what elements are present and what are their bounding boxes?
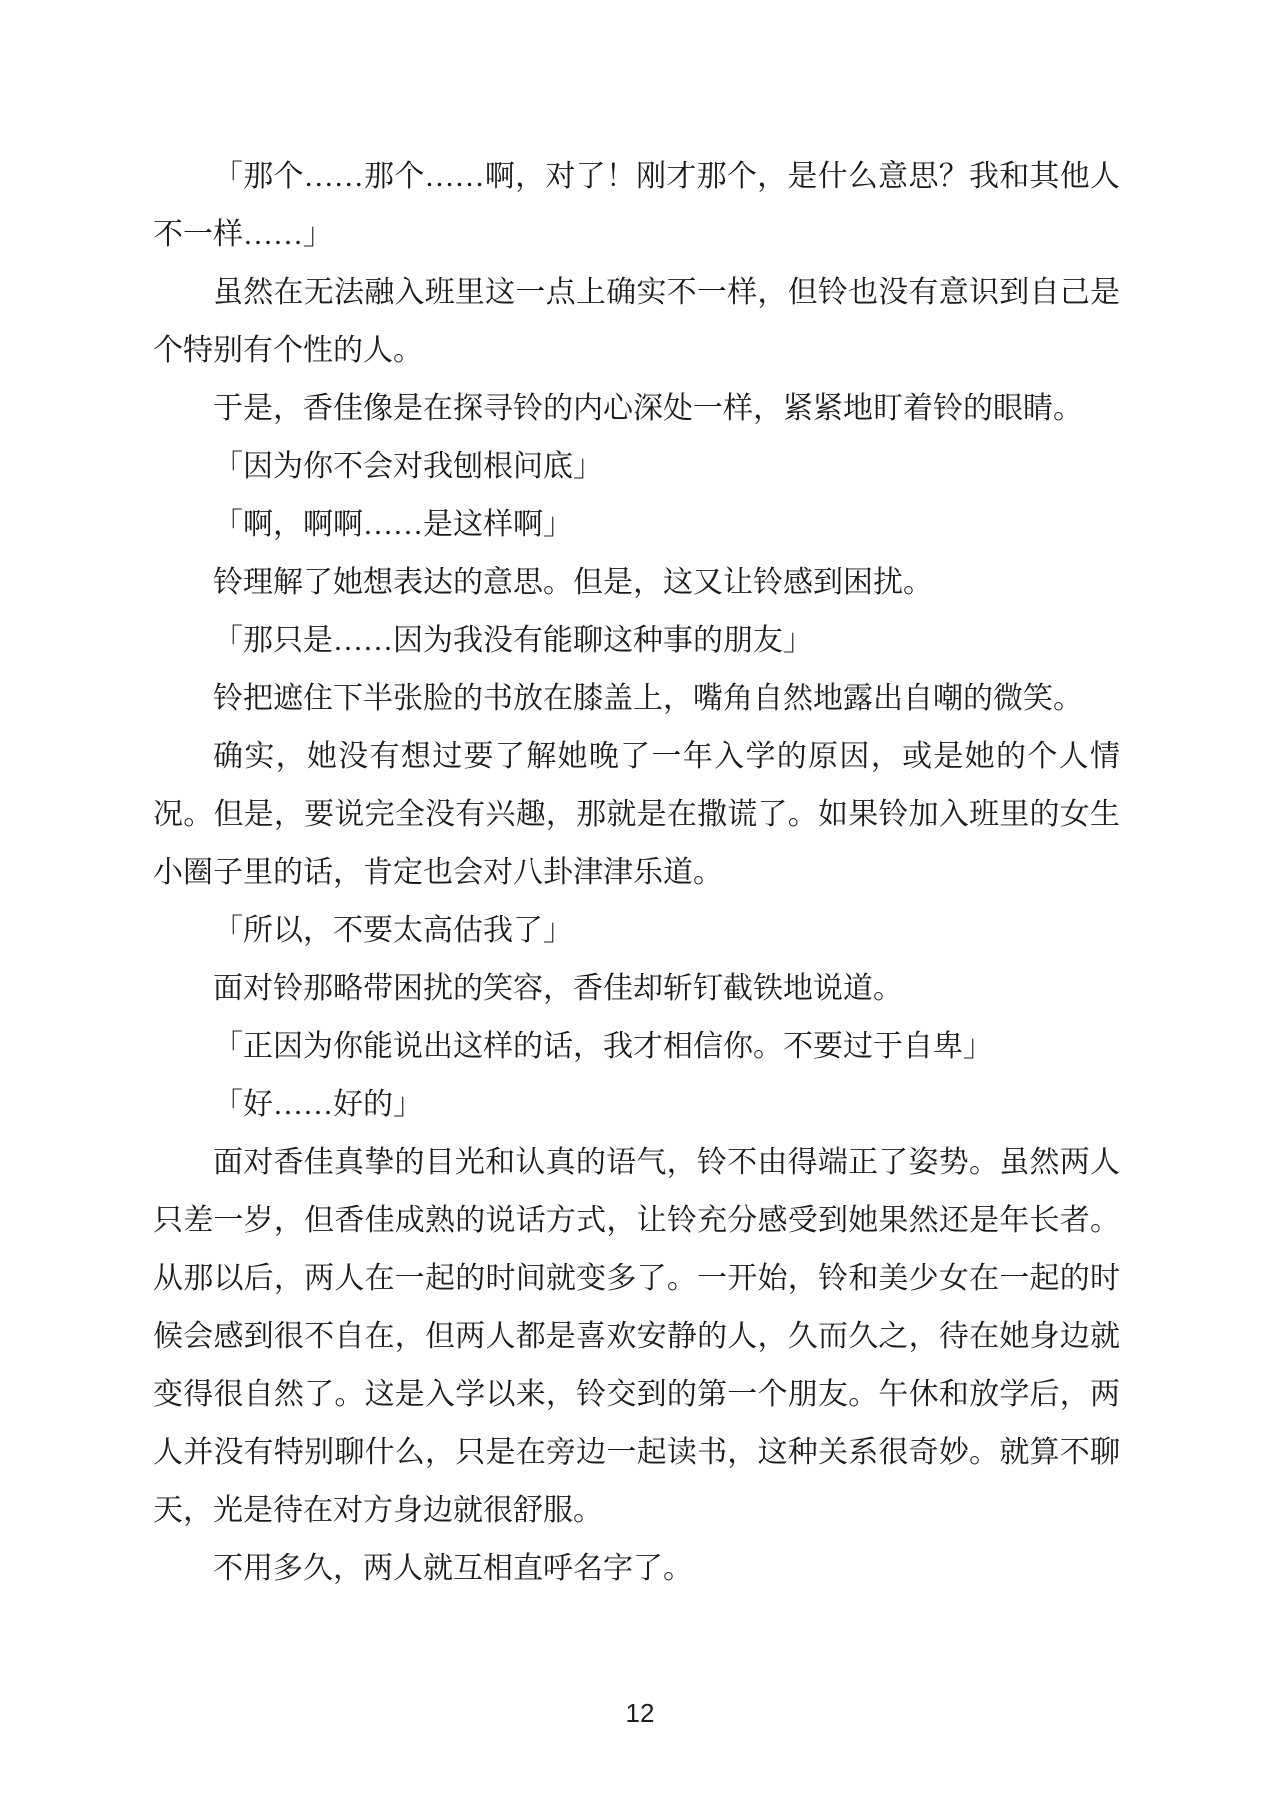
page-number: 12 <box>0 1698 1280 1728</box>
text-line: 天，光是待在对方身边就很舒服。 <box>153 1482 1120 1540</box>
text-line: 候会感到很不自在，但两人都是喜欢安静的人，久而久之，待在她身边就 <box>153 1308 1120 1366</box>
text-line: 虽然在无法融入班里这一点上确实不一样，但铃也没有意识到自己是 <box>153 264 1120 322</box>
text-line: 确实，她没有想过要了解她晚了一年入学的原因，或是她的个人情 <box>153 728 1120 786</box>
text-line: 变得很自然了。这是入学以来，铃交到的第一个朋友。午休和放学后，两 <box>153 1366 1120 1424</box>
text-line: 「那只是……因为我没有能聊这种事的朋友」 <box>153 612 1120 670</box>
text-line: 小圈子里的话，肯定也会对八卦津津乐道。 <box>153 844 1120 902</box>
novel-page: 「那个……那个……啊，对了！刚才那个，是什么意思？我和其他人不一样……」虽然在无… <box>0 0 1280 1810</box>
text-line: 人并没有特别聊什么，只是在旁边一起读书，这种关系很奇妙。就算不聊 <box>153 1424 1120 1482</box>
text-line: 「正因为你能说出这样的话，我才相信你。不要过于自卑」 <box>153 1018 1120 1076</box>
text-line: 只差一岁，但香佳成熟的说话方式，让铃充分感受到她果然还是年长者。 <box>153 1192 1120 1250</box>
text-line: 从那以后，两人在一起的时间就变多了。一开始，铃和美少女在一起的时 <box>153 1250 1120 1308</box>
body-text: 「那个……那个……啊，对了！刚才那个，是什么意思？我和其他人不一样……」虽然在无… <box>153 148 1120 1598</box>
text-line: 于是，香佳像是在探寻铃的内心深处一样，紧紧地盯着铃的眼睛。 <box>153 380 1120 438</box>
text-line: 「因为你不会对我刨根问底」 <box>153 438 1120 496</box>
text-line: 铃理解了她想表达的意思。但是，这又让铃感到困扰。 <box>153 554 1120 612</box>
text-line: 「好……好的」 <box>153 1076 1120 1134</box>
text-line: 不用多久，两人就互相直呼名字了。 <box>153 1540 1120 1598</box>
text-line: 面对香佳真挚的目光和认真的语气，铃不由得端正了姿势。虽然两人 <box>153 1134 1120 1192</box>
text-line: 个特别有个性的人。 <box>153 322 1120 380</box>
text-line: 铃把遮住下半张脸的书放在膝盖上，嘴角自然地露出自嘲的微笑。 <box>153 670 1120 728</box>
text-line: 况。但是，要说完全没有兴趣，那就是在撒谎了。如果铃加入班里的女生 <box>153 786 1120 844</box>
text-line: 「啊，啊啊……是这样啊」 <box>153 496 1120 554</box>
text-line: 「那个……那个……啊，对了！刚才那个，是什么意思？我和其他人 <box>153 148 1120 206</box>
text-line: 面对铃那略带困扰的笑容，香佳却斩钉截铁地说道。 <box>153 960 1120 1018</box>
text-line: 「所以，不要太高估我了」 <box>153 902 1120 960</box>
text-line: 不一样……」 <box>153 206 1120 264</box>
